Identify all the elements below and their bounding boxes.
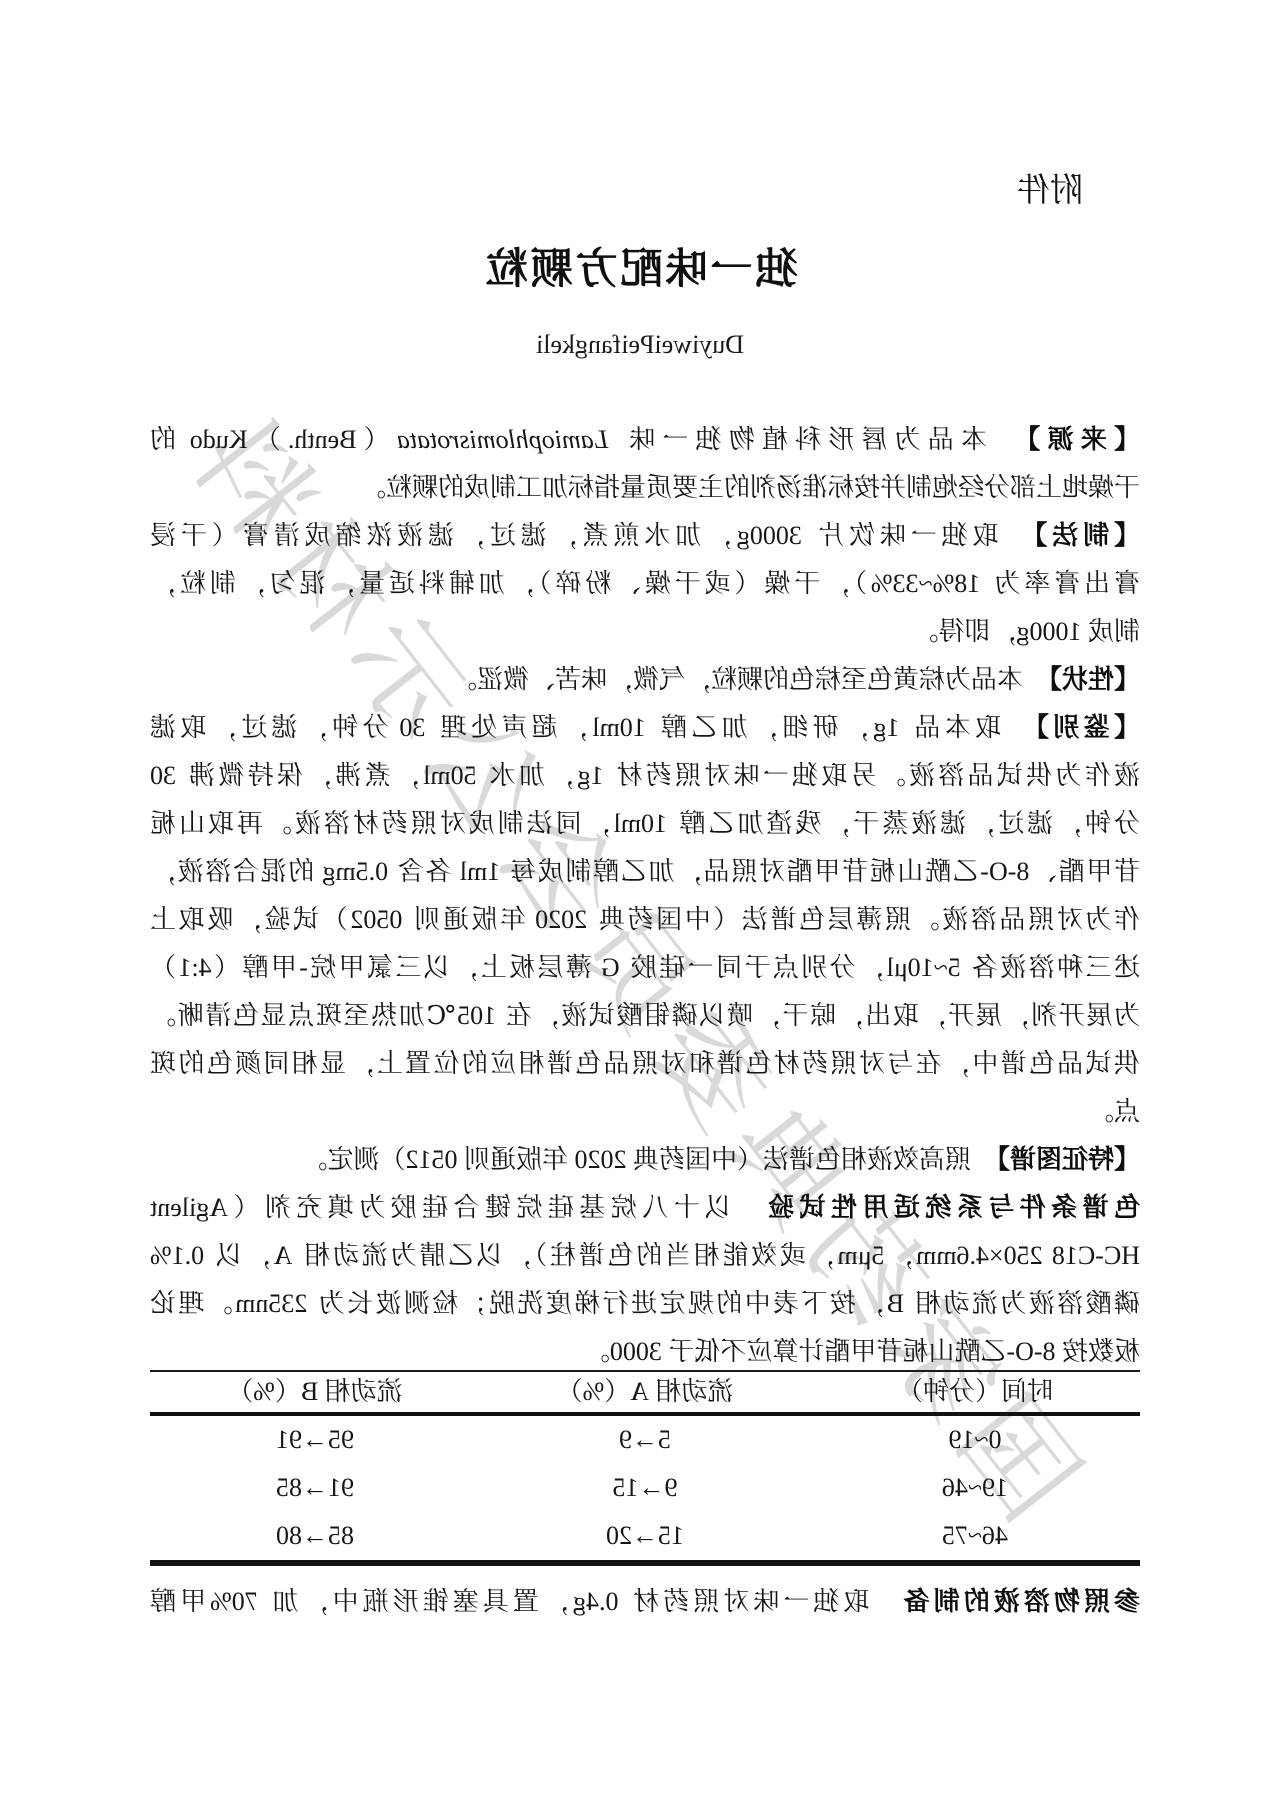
table-header-cell: 时间（分钟）	[810, 1372, 1140, 1412]
table-cell: 85→80	[150, 1512, 480, 1560]
text-line: 点。	[150, 1088, 1140, 1136]
text-line: 供试品色谱中，在与对照药材色谱和对照品色谱相应的位置上，显相同颜色的斑	[150, 1040, 1140, 1088]
text-line: 【来源】 本品为唇形科植物独一味 Lamiophlomisrotata（Bent…	[150, 416, 1140, 464]
text-segment: 为展开剂，展开，取出，晾干，喷以磷钼酸试液，在 105℃加热至斑点显色清晰。	[150, 1001, 1140, 1030]
text-line: 【鉴别】 取本品 1g，研细，加乙醇 10ml，超声处理 30 分钟，滤过，取滤	[150, 704, 1140, 752]
text-line: 作为对照品溶液。照薄层色谱法（中国药典 2020 年版通则 0502）试验，吸取…	[150, 896, 1140, 944]
text-line: HC-C18 250×4.6mm，5μm，或效能相当的色谱柱），以乙腈为流动相 …	[150, 1232, 1140, 1280]
table-row: 0~195→995→91	[150, 1416, 1140, 1464]
text-segment: 本品为棕黄色至棕色的颗粒，气微，味苦、微涩。	[451, 665, 1023, 694]
text-line: 【制法】 取独一味饮片 3000g，加水煎煮，滤过，滤液浓缩成清膏（干浸	[150, 512, 1140, 560]
text-segment: 以十八烷基硅烷键合硅胶为填充剂（Agilent	[150, 1193, 763, 1222]
section-label: 色谱条件与系统适用性试验	[763, 1193, 1140, 1222]
text-line: 色谱条件与系统适用性试验 以十八烷基硅烷键合硅胶为填充剂（Agilent	[150, 1184, 1140, 1232]
text-segment: 供试品色谱中，在与对照药材色谱和对照品色谱相应的位置上，显相同颜色的斑	[150, 1049, 1140, 1078]
text-line: 参照物溶液的制备 取独一味对照药材 0.4g，置具塞锥形瓶中，加 70%甲醇	[150, 1578, 1140, 1626]
table-cell: 91→85	[150, 1464, 480, 1512]
text-line: 【性状】 本品为棕黄色至棕色的颗粒，气微，味苦、微涩。	[150, 656, 1140, 704]
section-label: 【来源】	[987, 425, 1140, 454]
text-segment: 作为对照品溶液。照薄层色谱法（中国药典 2020 年版通则 0502）试验，吸取…	[150, 905, 1140, 934]
text-line: 磷酸溶液为流动相 B，按下表中的规定进行梯度洗脱；检测波长为 235nm。理论	[150, 1280, 1140, 1328]
table-cell: 5→9	[480, 1416, 810, 1464]
text-line: 【特征图谱】 照高效液相色谱法（中国药典 2020 年版通则 0512）测定。	[150, 1136, 1140, 1184]
text-segment: 磷酸溶液为流动相 B，按下表中的规定进行梯度洗脱；检测波长为 235nm。理论	[150, 1289, 1140, 1318]
table-cell: 9→15	[480, 1464, 810, 1512]
page-title: 独一味配方颗粒	[0, 236, 1280, 296]
text-segment: 取独一味对照药材 0.4g，置具塞锥形瓶中，加 70%甲醇	[150, 1587, 900, 1616]
table-row: 19~469→1591→85	[150, 1464, 1140, 1512]
section-label: 【鉴别】	[1001, 713, 1140, 742]
text-line: 膏出膏率为 18%~33%），干燥（或干燥、粉碎），加辅料适量，混匀，制粒，	[150, 560, 1140, 608]
table-cell: 95→91	[150, 1416, 480, 1464]
text-line: 干燥地上部分经炮制并按标准汤剂的主要质量指标加工制成的颗粒。	[150, 464, 1140, 512]
text-segment: Lamiophlomisrotata	[397, 425, 608, 454]
text-line: 述三种溶液各 5~10μl，分别点于同一硅胶 G 薄层板上，以三氯甲烷-甲醇（4…	[150, 944, 1140, 992]
text-line: 为展开剂，展开，取出，晾干，喷以磷钼酸试液，在 105℃加热至斑点显色清晰。	[150, 992, 1140, 1040]
text-segment: 述三种溶液各 5~10μl，分别点于同一硅胶 G 薄层板上，以三氯甲烷-甲醇（4…	[150, 953, 1140, 982]
section-label: 【特征图谱】	[971, 1145, 1140, 1174]
text-line: 苷甲酯、8-O-乙酰山栀苷甲酯对照品，加乙醇制成每 1ml 各含 0.5mg 的…	[150, 848, 1140, 896]
text-segment: 点。	[1088, 1097, 1140, 1126]
text-segment: 制成 1000g，即得。	[912, 617, 1140, 646]
text-line: 液作为供试品溶液。另取独一味对照药材 1g，加水 50ml，煮沸，保持微沸 30	[150, 752, 1140, 800]
text-segment: 本品为唇形科植物独一味	[608, 425, 987, 454]
table-bottom-rule	[150, 1560, 1140, 1566]
text-segment: （Benth.）Kudo 的	[150, 425, 397, 454]
text-segment: 取独一味饮片 3000g，加水煎煮，滤过，滤液浓缩成清膏（干浸	[150, 521, 999, 550]
text-segment: 膏出膏率为 18%~33%），干燥（或干燥、粉碎），加辅料适量，混匀，制粒，	[150, 569, 1140, 598]
table-cell: 15→20	[480, 1512, 810, 1560]
text-segment: HC-C18 250×4.6mm，5μm，或效能相当的色谱柱），以乙腈为流动相 …	[150, 1241, 1140, 1270]
text-line: 分钟，滤过，滤液蒸干，残渣加乙醇 10ml，同法制成对照药材溶液。再取山栀	[150, 800, 1140, 848]
text-segment: 板数按 8-O-乙酰山栀苷甲酯计算应不低于 3000。	[584, 1337, 1140, 1366]
text-segment: 分钟，滤过，滤液蒸干，残渣加乙醇 10ml，同法制成对照药材溶液。再取山栀	[150, 809, 1140, 838]
table-cell: 19~46	[810, 1464, 1140, 1512]
gradient-elution-table: 时间（分钟）流动相 A（%）流动相 B（%） 0~195→995→9119~46…	[150, 1370, 1140, 1566]
text-line: 制成 1000g，即得。	[150, 608, 1140, 656]
attachment-label: 附件	[1017, 164, 1083, 211]
text-segment: 苷甲酯、8-O-乙酰山栀苷甲酯对照品，加乙醇制成每 1ml 各含 0.5mg 的…	[150, 857, 1140, 886]
section-label: 参照物溶液的制备	[900, 1587, 1140, 1616]
table-header-cell: 流动相 B（%）	[150, 1372, 480, 1412]
text-segment: 取本品 1g，研细，加乙醇 10ml，超声处理 30 分钟，滤过，取滤	[150, 713, 1001, 742]
footer-paragraph: 参照物溶液的制备 取独一味对照药材 0.4g，置具塞锥形瓶中，加 70%甲醇	[150, 1578, 1140, 1626]
table-header-cell: 流动相 A（%）	[480, 1372, 810, 1412]
table-body: 0~195→995→9119~469→1591→8546~7515→2085→8…	[150, 1416, 1140, 1560]
table-row: 46~7515→2085→80	[150, 1512, 1140, 1560]
body-text: 【来源】 本品为唇形科植物独一味 Lamiophlomisrotata（Bent…	[150, 416, 1140, 1376]
text-segment: 干燥地上部分经炮制并按标准汤剂的主要质量指标加工制成的颗粒。	[360, 473, 1140, 502]
section-label: 【制法】	[999, 521, 1140, 550]
table-cell: 0~19	[810, 1416, 1140, 1464]
text-segment: 液作为供试品溶液。另取独一味对照药材 1g，加水 50ml，煮沸，保持微沸 30	[150, 761, 1140, 790]
table-header-row: 时间（分钟）流动相 A（%）流动相 B（%）	[150, 1372, 1140, 1412]
pinyin-title: DuyiweiPeifangkeli	[0, 330, 1280, 360]
text-line: 板数按 8-O-乙酰山栀苷甲酯计算应不低于 3000。	[150, 1328, 1140, 1376]
text-segment: 照高效液相色谱法（中国药典 2020 年版通则 0512）测定。	[301, 1145, 971, 1174]
document-page: 国家药典委员会公示材料 附件 独一味配方颗粒 DuyiweiPeifangkel…	[0, 0, 1280, 1811]
mirrored-scan: 国家药典委员会公示材料 附件 独一味配方颗粒 DuyiweiPeifangkel…	[0, 0, 1280, 1811]
table-cell: 46~75	[810, 1512, 1140, 1560]
section-label: 【性状】	[1023, 665, 1140, 694]
